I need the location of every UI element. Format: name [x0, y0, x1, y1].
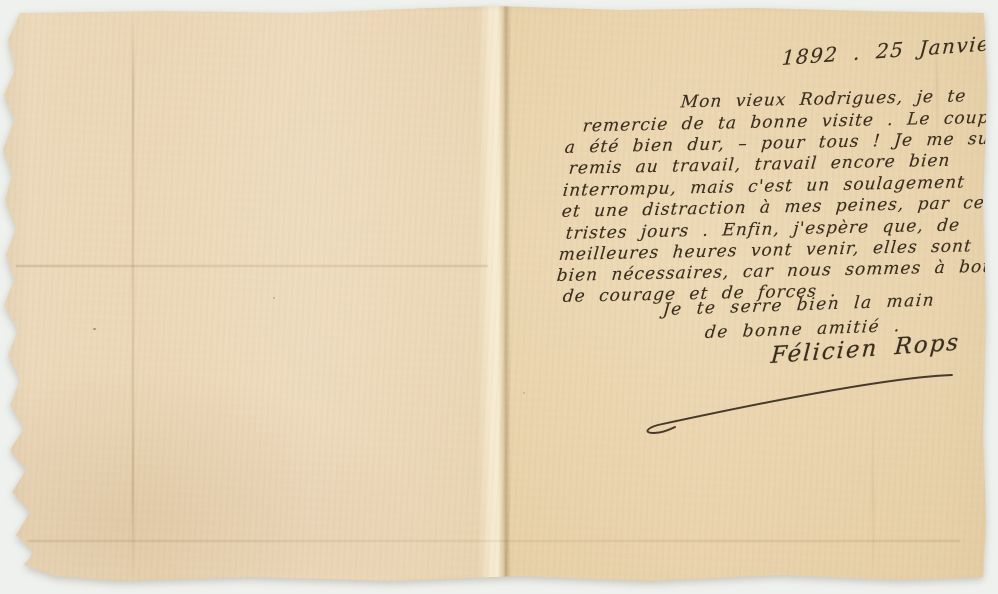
- letter-content: 1892 . 25 Janvier Mon vieux Rodrigues, j…: [0, 0, 998, 594]
- scan-background: 1892 . 25 Janvier Mon vieux Rodrigues, j…: [0, 0, 998, 594]
- letter-sheet-shadow: 1892 . 25 Janvier Mon vieux Rodrigues, j…: [0, 0, 998, 594]
- letter-sheet: 1892 . 25 Janvier Mon vieux Rodrigues, j…: [0, 0, 998, 594]
- signature-flourish: [596, 362, 992, 446]
- date-line: 1892 . 25 Janvier: [781, 30, 998, 70]
